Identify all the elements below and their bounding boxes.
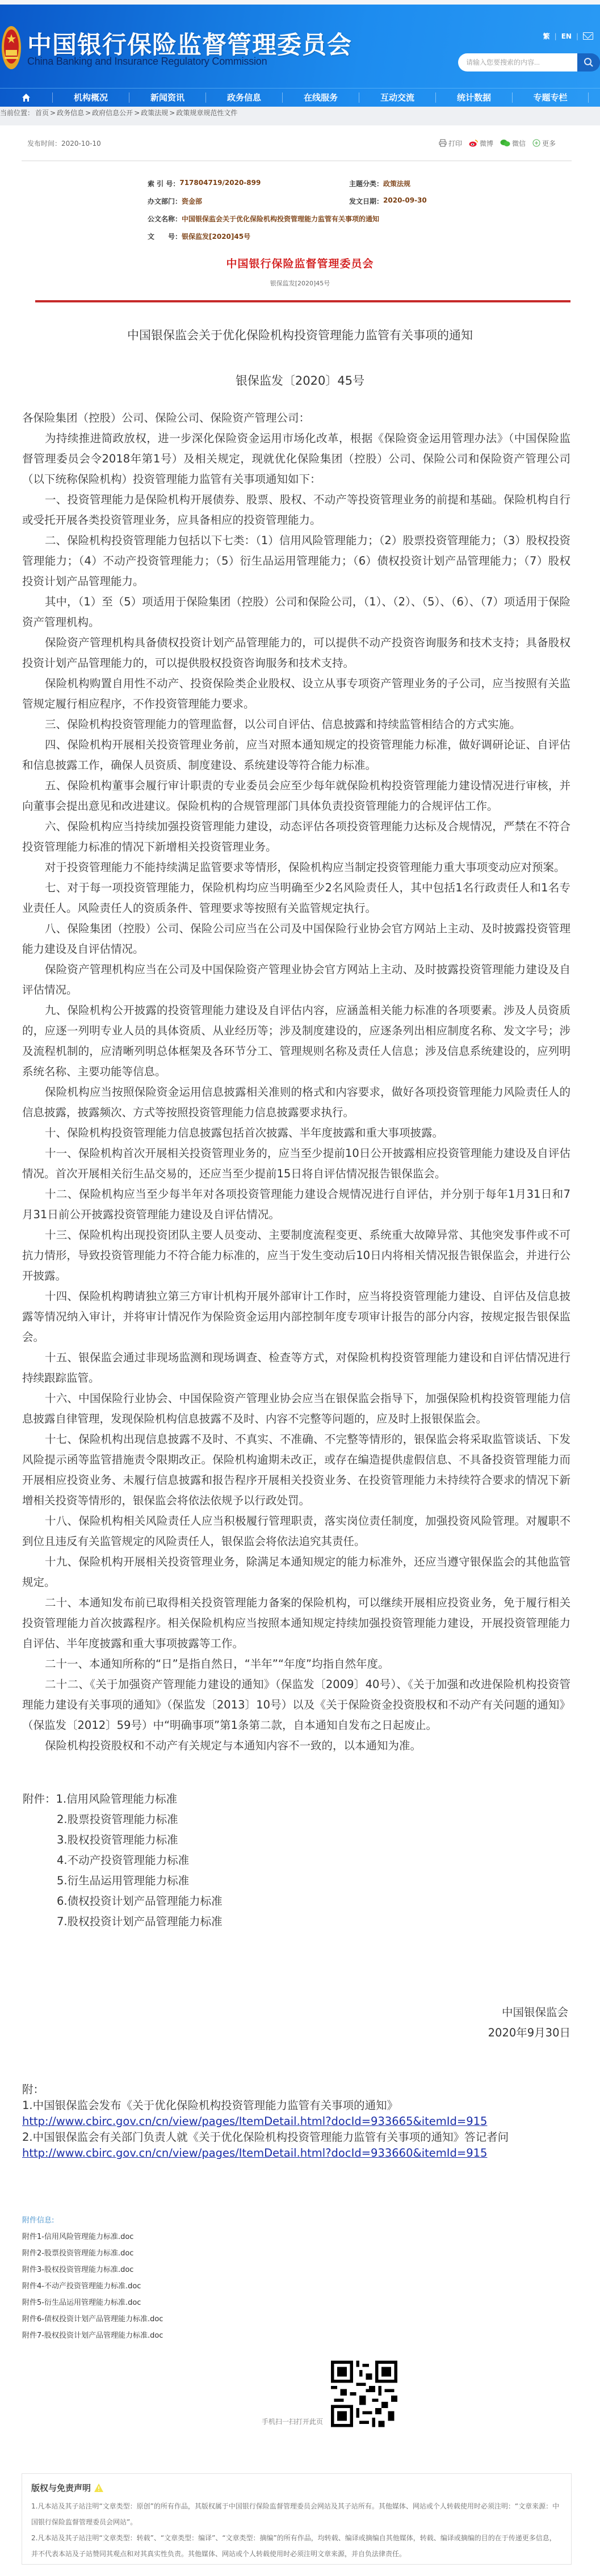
- nav-item-special-topics[interactable]: 专题专栏: [512, 92, 589, 103]
- nav-item-about[interactable]: 机构概况: [52, 92, 129, 103]
- paragraph: 十五、银保监会通过非现场监测和现场调查、检查等方式，对保险机构投资管理能力建设和…: [22, 1348, 570, 1388]
- doc-number-value: 银保监发[2020]45号: [182, 231, 250, 241]
- nav-home[interactable]: [0, 93, 52, 102]
- paragraph: 十四、保险机构聘请独立第三方审计机构开展外部审计工作时，应当将投资管理能力建设、…: [22, 1286, 570, 1348]
- attachment-file-link[interactable]: 附件3-股权投资管理能力标准.doc: [22, 2262, 600, 2278]
- doc-number-label: 文 号：: [148, 231, 182, 241]
- appendix-item-text: 2.中国银保监会有关部门负责人就《关于优化保险机构投资管理能力监管有关事项的通知…: [22, 2129, 600, 2145]
- paragraph: 二十一、本通知所称的“日”是指自然日，“半年”“年度”均指自然年度。: [22, 1654, 570, 1674]
- attachment-item: 4.不动产投资管理能力标准: [23, 1850, 600, 1871]
- traditional-chinese-link[interactable]: 繁: [543, 31, 550, 41]
- doc-name-value: 中国银保监会关于优化保险机构投资管理能力监管有关事项的通知: [182, 214, 379, 224]
- home-icon: [22, 93, 31, 102]
- breadcrumb-current[interactable]: 政策规章规范性文件: [176, 109, 237, 117]
- paragraph: 保险机构投资股权和不动产有关规定与本通知内容不一致的，以本通知为准。: [22, 1736, 570, 1756]
- appendix-item-text: 1.中国银保监会发布《关于优化保险机构投资管理能力监管有关事项的通知》: [22, 2098, 600, 2114]
- paragraph: 一、投资管理能力是保险机构开展债券、股票、股权、不动产等投资管理业务的前提和基础…: [22, 490, 570, 531]
- paragraph: 六、保险机构应当持续加强投资管理能力建设，动态评估各项投资管理能力达标及合规情况…: [22, 816, 570, 857]
- divider: |: [576, 32, 578, 40]
- attachment-item: 3.股权投资管理能力标准: [23, 1830, 600, 1850]
- date-value: 2020-09-30: [383, 196, 427, 206]
- copyright-disclaimer: 版权与免责声明 1.凡本站及其子站注明“文章类型：原创”的所有作品，其版权属于中…: [22, 2473, 572, 2565]
- breadcrumb-policy[interactable]: 政策法规: [141, 109, 168, 117]
- paragraph: 五、保险机构董事会履行审计职责的专业委员会应至少每年就保险机构投资管理能力建设情…: [22, 776, 570, 816]
- attachments-label: 附件：: [23, 1789, 56, 1809]
- printer-icon: [439, 139, 447, 147]
- paragraph: 十八、保险机构相关风险责任人应当积极履行管理职责，落实岗位责任制度，加强投资风险…: [22, 1511, 570, 1552]
- divider: |: [555, 32, 557, 40]
- info-row: 公文名称：中国银保监会关于优化保险机构投资管理能力监管有关事项的通知: [148, 210, 600, 228]
- topic-label: 主题分类：: [349, 179, 383, 188]
- date-label: 发文日期：: [349, 196, 383, 206]
- info-row: 文 号：银保监发[2020]45号: [148, 228, 600, 245]
- paragraph: 为持续推进简政放权，进一步深化保险资金运用市场化改革，根据《保险资金运用管理办法…: [22, 428, 570, 490]
- plus-circle-icon: [532, 139, 540, 147]
- breadcrumb: 当前位置：首页>政务信息>政府信息公开>政策法规>政策规章规范性文件: [0, 107, 600, 125]
- attachment-item: 6.债权投资计划产品管理能力标准: [23, 1891, 600, 1912]
- nav-item-interaction[interactable]: 互动交流: [359, 92, 435, 103]
- nav-item-online-service[interactable]: 在线服务: [282, 92, 359, 103]
- weibo-icon: [469, 139, 478, 147]
- more-label: 更多: [542, 138, 556, 148]
- disclaimer-title: 版权与免责声明: [31, 2482, 91, 2494]
- wechat-icon: [500, 139, 510, 147]
- paragraph: 二十、本通知发布前已取得相关投资管理能力备案的保险机构，可以继续开展相应投资业务…: [22, 1593, 570, 1654]
- attachment-file-link[interactable]: 附件7-股权投资计划产品管理能力标准.doc: [22, 2327, 600, 2344]
- wechat-label: 微信: [512, 138, 526, 148]
- search-icon: [584, 57, 594, 68]
- disclaimer-item: 2.凡本站及其子站注明“文章类型：转载”、“文章类型：编译”、“文章类型：摘编”…: [31, 2530, 562, 2562]
- breadcrumb-sep: >: [134, 109, 140, 117]
- share-bar: 打印 微博 微信 更多: [439, 138, 556, 148]
- attachment-file-link[interactable]: 附件6-债权投资计划产品管理能力标准.doc: [22, 2311, 600, 2327]
- breadcrumb-public-info[interactable]: 政府信息公开: [92, 109, 133, 117]
- qr-section: 手机扫一扫打开此页: [0, 2355, 600, 2446]
- breadcrumb-sep: >: [85, 109, 91, 117]
- info-row: 办文部门：资金部 发文日期：2020-09-30: [148, 192, 600, 210]
- paragraph: 四、保险机构开展相关投资管理业务前，应当对照本通知规定的投资管理能力标准，做好调…: [22, 735, 570, 776]
- attachment-file-link[interactable]: 附件1-信用风险管理能力标准.doc: [22, 2229, 600, 2245]
- paragraph: 十、保险机构投资管理能力信息披露包括首次披露、半年度披露和重大事项披露。: [22, 1123, 570, 1143]
- paragraph: 保险机构应当按照保险资金运用信息披露相关准则的格式和内容要求，做好各项投资管理能…: [22, 1082, 570, 1123]
- attachment-file-link[interactable]: 附件2-股票投资管理能力标准.doc: [22, 2245, 600, 2262]
- main-nav: 机构概况 新闻资讯 政务信息 在线服务 互动交流 统计数据 专题专栏: [0, 89, 600, 107]
- attachment-item: 1.信用风险管理能力标准: [56, 1789, 178, 1809]
- paragraph: 八、保险集团（控股）公司、保险公司应当在公司及中国保险行业协会官方网站上主动、及…: [22, 919, 570, 959]
- qr-code-icon: [331, 2360, 397, 2428]
- appendix-links: 附： 1.中国银保监会发布《关于优化保险机构投资管理能力监管有关事项的通知》 h…: [0, 2082, 600, 2161]
- dept-value: 资金部: [182, 196, 202, 206]
- mail-icon[interactable]: [583, 32, 593, 40]
- paragraph: 保险资产管理机构应当在公司及中国保险资产管理业协会官方网站上主动、及时披露投资管…: [22, 959, 570, 1000]
- english-link[interactable]: EN: [561, 32, 572, 40]
- more-share-button[interactable]: 更多: [532, 138, 556, 148]
- document-body: 各保险集团（控股）公司、保险公司、保险资产管理公司： 为持续推进简政放权，进一步…: [0, 408, 600, 1756]
- top-links: 繁 | EN |: [543, 31, 593, 41]
- attachment-info-label: 附件信息:: [22, 2212, 600, 2229]
- paragraph: 二十二、《关于加强资产管理能力建设的通知》（保监发〔2009〕40号）、《关于加…: [22, 1674, 570, 1736]
- attachment-item: 2.股票投资管理能力标准: [23, 1809, 600, 1830]
- salutation: 各保险集团（控股）公司、保险公司、保险资产管理公司：: [22, 408, 570, 428]
- wechat-share-button[interactable]: 微信: [500, 138, 526, 148]
- publish-time: 发布时间：2020-10-10: [27, 138, 101, 148]
- search-input[interactable]: [458, 53, 577, 71]
- bottom-spacer: [0, 2565, 600, 2576]
- paragraph: 其中，（1）至（5）项适用于保险集团（控股）公司和保险公司，（1）、（2）、（5…: [22, 592, 570, 633]
- paragraph: 保险机构购置自用性不动产、投资保险类企业股权、设立从事专项资产管理业务的子公司，…: [22, 674, 570, 714]
- paragraph: 十一、保险机构首次开展相关投资管理业务的，应当至少提前10日公开披露相应投资管理…: [22, 1143, 570, 1184]
- attachment-file-link[interactable]: 附件5-衍生品运用管理能力标准.doc: [22, 2295, 600, 2311]
- national-emblem-icon: [1, 25, 22, 70]
- signing-organization: 中国银保监会: [0, 2002, 570, 2023]
- paragraph: 十七、保险机构出现信息披露不及时、不真实、不准确、不完整等情形的，银保监会将采取…: [22, 1429, 570, 1511]
- appendix-link[interactable]: http://www.cbirc.gov.cn/cn/view/pages/It…: [22, 2115, 487, 2128]
- attachment-item: 5.衍生品运用管理能力标准: [23, 1871, 600, 1891]
- attachment-item: 7.股权投资计划产品管理能力标准: [23, 1912, 600, 1932]
- red-header-doc-number: 银保监发[2020]45号: [0, 279, 600, 288]
- paragraph: 对于投资管理能力不能持续满足监管要求等情形，保险机构应当制定投资管理能力重大事项…: [22, 857, 570, 878]
- paragraph: 三、保险机构投资管理能力的管理监督，以公司自评估、信息披露和持续监管相结合的方式…: [22, 714, 570, 735]
- paragraph: 十二、保险机构应当至少每半年对各项投资管理能力建设合规情况进行自评估，并分别于每…: [22, 1184, 570, 1225]
- breadcrumb-label: 当前位置：: [0, 109, 34, 117]
- signature-block: 中国银保监会 2020年9月30日: [0, 2002, 600, 2043]
- top-strip: [0, 0, 600, 5]
- paragraph: 保险资产管理机构具备债权投资计划产品管理能力的，可以提供不动产投资咨询服务和技术…: [22, 633, 570, 674]
- topic-value: 政策法规: [383, 179, 410, 188]
- paragraph: 十九、保险机构开展相关投资管理业务，除满足本通知规定的能力标准外，还应当遵守银保…: [22, 1552, 570, 1593]
- paragraph: 九、保险机构公开披露的投资管理能力建设及自评估内容，应涵盖相关能力标准的各项要素…: [22, 1000, 570, 1082]
- index-value: 717804719/2020-899: [179, 179, 261, 188]
- document-info-table: 索 引 号：717804719/2020-899 主题分类：政策法规 办文部门：…: [148, 175, 600, 245]
- warning-icon: [94, 2484, 103, 2492]
- breadcrumb-sep: >: [50, 109, 56, 117]
- weibo-share-button[interactable]: 微博: [469, 138, 493, 148]
- dept-label: 办文部门：: [148, 196, 182, 206]
- paragraph: 十三、保险机构出现投资团队主要人员变动、主要制度流程变更、系统重大故障异常、其他…: [22, 1225, 570, 1286]
- search-button[interactable]: [577, 53, 600, 71]
- search-box: [458, 53, 600, 71]
- appendix-link[interactable]: http://www.cbirc.gov.cn/cn/view/pages/It…: [22, 2146, 487, 2160]
- paragraph: 二、保险机构投资管理能力包括以下七类：（1）信用风险管理能力；（2）股票投资管理…: [22, 531, 570, 592]
- nav-item-gov-info[interactable]: 政务信息: [205, 92, 282, 103]
- nav-item-statistics[interactable]: 统计数据: [435, 92, 512, 103]
- doc-name-label: 公文名称：: [148, 214, 182, 224]
- paragraph: 十六、中国保险行业协会、中国保险资产管理业协会应当在银保监会指导下，加强保险机构…: [22, 1388, 570, 1429]
- attachments-list: 附件：1.信用风险管理能力标准 2.股票投资管理能力标准 3.股权投资管理能力标…: [0, 1789, 600, 1932]
- qr-label: 手机扫一扫打开此页: [262, 2417, 323, 2426]
- disclaimer-item: 1.凡本站及其子站注明“文章类型：原创”的所有作品，其版权属于中国银行保险监督管…: [31, 2498, 562, 2530]
- breadcrumb-gov-info[interactable]: 政务信息: [57, 109, 84, 117]
- breadcrumb-sep: >: [169, 109, 175, 117]
- index-label: 索 引 号：: [148, 179, 179, 188]
- attachment-info: 附件信息: 附件1-信用风险管理能力标准.doc 附件2-股票投资管理能力标准.…: [0, 2212, 600, 2344]
- print-label: 打印: [448, 138, 462, 148]
- site-header: 中国银行保险监督管理委员会 China Banking and Insuranc…: [0, 5, 600, 107]
- weibo-label: 微博: [480, 138, 493, 148]
- breadcrumb-home[interactable]: 首页: [35, 109, 49, 117]
- nav-item-news[interactable]: 新闻资讯: [129, 92, 205, 103]
- red-header-title: 中国银行保险监督管理委员会: [0, 255, 600, 271]
- red-divider: [35, 300, 570, 302]
- article-meta-bar: 发布时间：2020-10-10 打印 微博 微信 更多: [22, 125, 572, 161]
- appendix-label: 附：: [22, 2082, 600, 2098]
- document-number: 银保监发〔2020〕45号: [0, 372, 600, 389]
- paragraph: 七、对于每一项投资管理能力，保险机构均应当明确至少2名风险责任人，其中包括1名行…: [22, 878, 570, 919]
- signing-date: 2020年9月30日: [0, 2023, 570, 2043]
- info-row: 索 引 号：717804719/2020-899 主题分类：政策法规: [148, 175, 600, 192]
- site-title-en: China Banking and Insurance Regulatory C…: [27, 56, 267, 68]
- attachment-file-link[interactable]: 附件4-不动产投资管理能力标准.doc: [22, 2278, 600, 2295]
- document-title: 中国银保监会关于优化保险机构投资管理能力监管有关事项的通知: [0, 326, 600, 343]
- print-button[interactable]: 打印: [439, 138, 462, 148]
